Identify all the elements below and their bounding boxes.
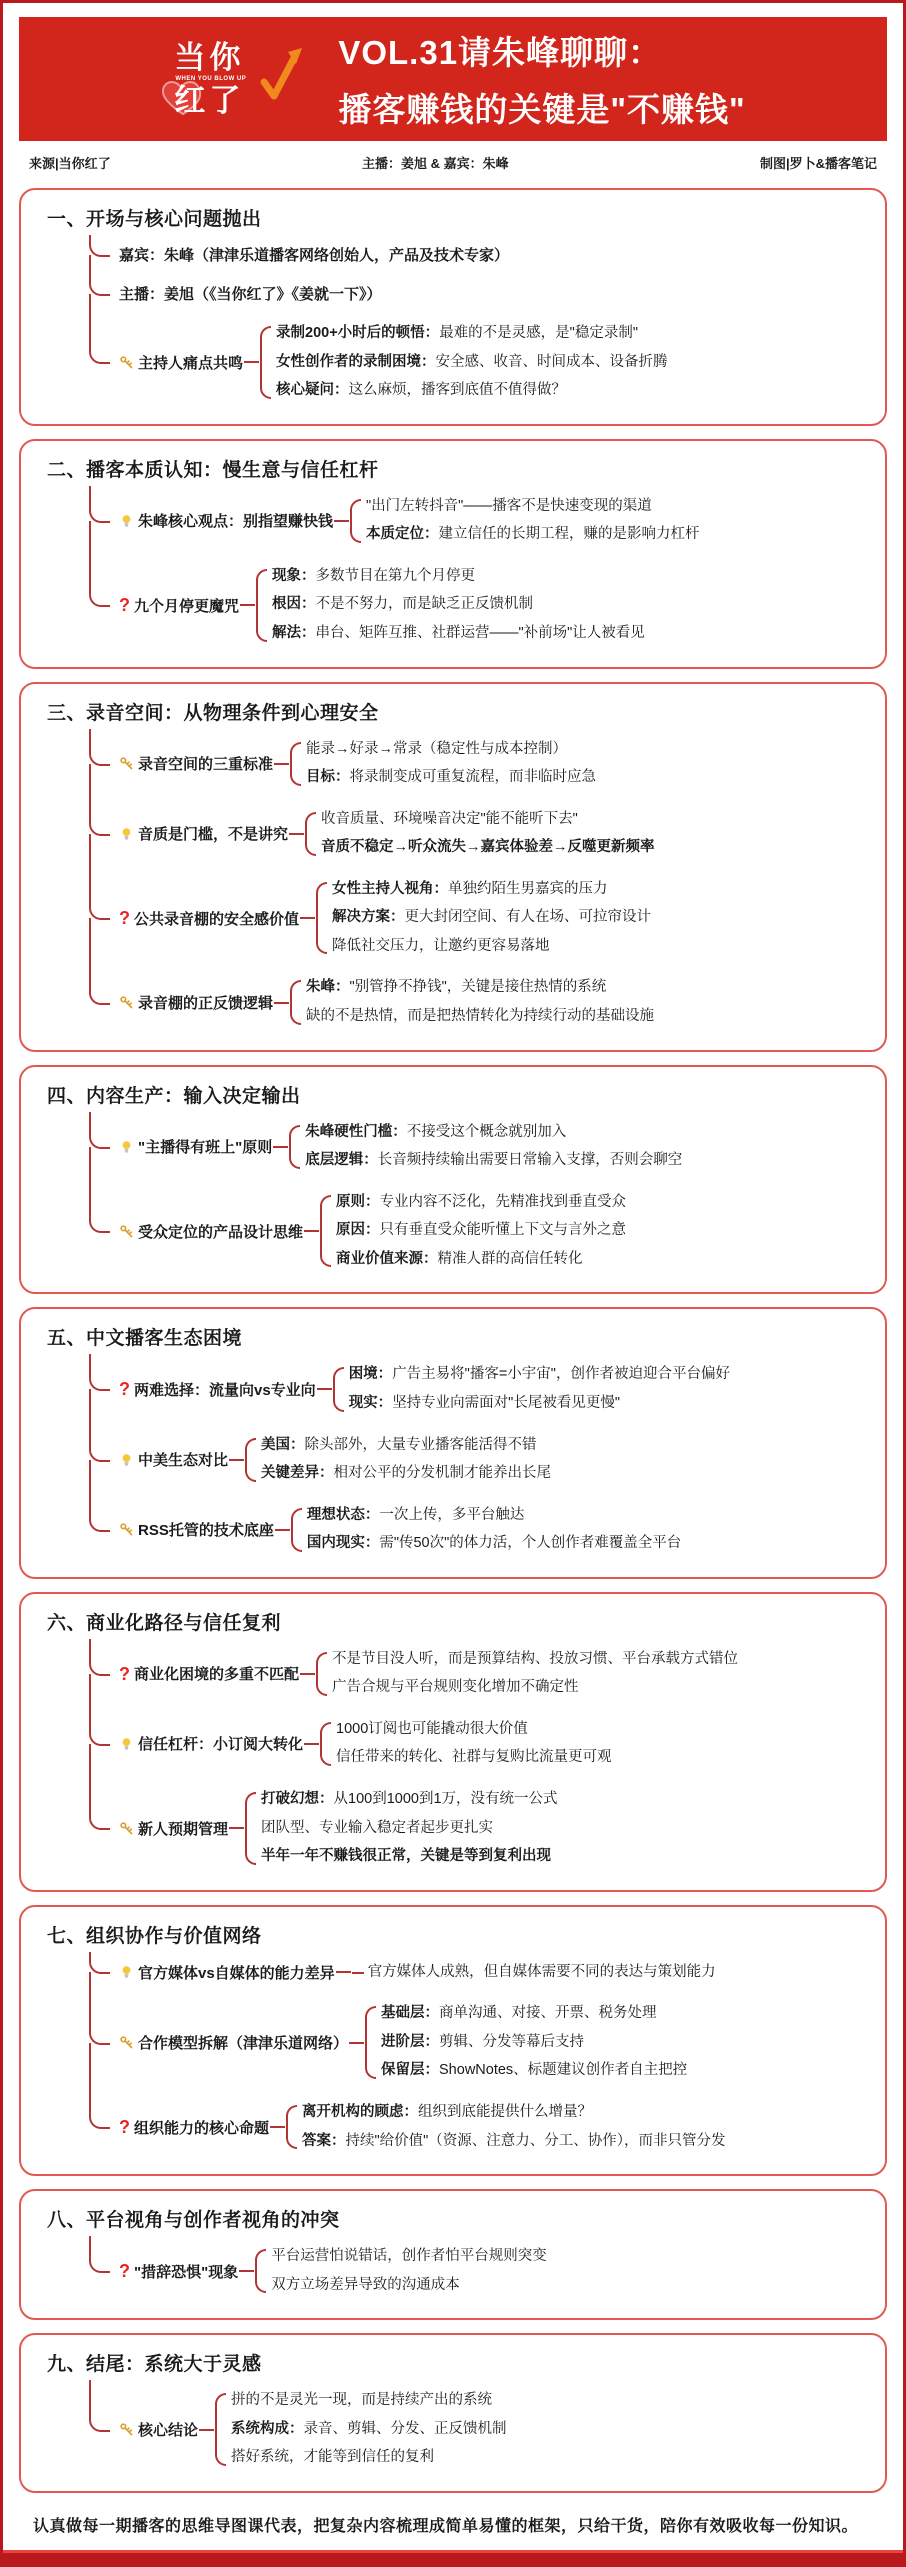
bulb-icon [119, 513, 134, 529]
leaf-group: 拼的不是灵光一现，而是持续产出的系统系统构成：录音、剪辑、分发、正反馈机制搭好系… [215, 2389, 507, 2470]
branch-connector [270, 2126, 285, 2128]
branch-label: 核心结论 [119, 2419, 198, 2440]
section-card: 六、商业化路径与信任复利?商业化困境的多重不匹配不是节目没人听，而是预算结构、投… [19, 1592, 887, 1892]
key-icon [119, 995, 134, 1010]
branch-label-text: "措辞恐惧"现象 [134, 2261, 238, 2282]
logo-text-bottom: 红了 [174, 85, 310, 116]
leaf-item: 团队型、专业输入稳定者起步更扎实 [261, 1819, 558, 1839]
branch-label: 官方媒体vs自媒体的能力差异 [119, 1962, 335, 1983]
leaf-item: 平台运营怕说错话，创作者怕平台规则突变 [271, 2247, 547, 2267]
leaf-lead: 系统构成： [231, 2421, 304, 2437]
poster-frame: 当你 WHEN YOU BLOW UP 红了 VOL.31请朱峰聊聊： 播客赚钱… [0, 0, 906, 2567]
leaf-item: 底层逻辑：长音频持续输出需要日常输入支撑，否则会聊空 [305, 1151, 682, 1171]
branch-label: 主持人痛点共鸣 [119, 352, 243, 373]
section-card: 一、开场与核心问题抛出嘉宾：朱峰（津津乐道播客网络创始人，产品及技术专家）主播：… [19, 188, 887, 426]
branch-connector [244, 361, 259, 363]
branch-label-text: 录音棚的正反馈逻辑 [138, 992, 273, 1013]
bottom-accent-bar [3, 2550, 903, 2564]
leaf-group: 录制200+小时后的顿悟：最难的不是灵感，是"稳定录制"女性创作者的录制困境：安… [260, 322, 668, 403]
branch-list: 录音空间的三重标准能录→好录→常录（稳定性与成本控制）目标：将录制变成可重复流程… [89, 729, 867, 1038]
branch-connector [239, 2270, 254, 2272]
section-title: 九、结尾：系统大于灵感 [47, 2349, 867, 2376]
leaf-lead: 进阶层： [381, 2034, 439, 2050]
leaf-item: 答案：持续"给价值"（资源、注意力、分工、协作），而非只管分发 [302, 2132, 726, 2152]
leaf-lead: 女性主持人视角： [332, 881, 448, 897]
branch-label-text: 主持人痛点共鸣 [138, 352, 243, 373]
branch-row: ?商业化困境的多重不匹配不是节目没人听，而是预算结构、投放习惯、平台承载方式错位… [89, 1639, 867, 1709]
leaf-lead: 本质定位： [366, 526, 439, 542]
branch-row: 主持人痛点共鸣录制200+小时后的顿悟：最难的不是灵感，是"稳定录制"女性创作者… [89, 313, 867, 412]
leaf-lead: 朱峰： [306, 979, 350, 995]
leaf-lead: 现实： [349, 1395, 393, 1411]
app-logo: 当你 WHEN YOU BLOW UP 红了 [160, 42, 310, 116]
branch-label: 录音空间的三重标准 [119, 753, 273, 774]
question-icon: ? [119, 2262, 130, 2280]
branch-label: ?公共录音棚的安全感价值 [119, 908, 299, 929]
branch-list: 朱峰核心观点：别指望赚快钱"出门左转抖音"——播客不是快速变现的渠道本质定位：建… [89, 486, 867, 655]
key-icon [119, 355, 134, 370]
branch-connector [349, 2042, 364, 2044]
leaf-item: 商业价值来源：精准人群的高信任转化 [336, 1250, 626, 1270]
branch-connector [304, 1230, 319, 1232]
branch-label-text: 信任杠杆：小订阅大转化 [138, 1733, 303, 1754]
branch-label-text: 音质是门槛，不是讲究 [138, 823, 288, 844]
leaf-group: 打破幻想：从100到1000到1万，没有统一公式团队型、专业输入稳定者起步更扎实… [245, 1788, 558, 1869]
branch-connector [275, 1529, 290, 1531]
leaf-lead: 目标： [306, 769, 350, 785]
leaf-item: 女性主持人视角：单独约陌生男嘉宾的压力 [332, 880, 651, 900]
leaf-item: 目标：将录制变成可重复流程，而非临时应急 [306, 768, 596, 788]
leaf-lead: 核心疑问： [276, 382, 349, 398]
episode-title: VOL.31请朱峰聊聊： 播客赚钱的关键是"不赚钱" [338, 27, 745, 131]
leaf-lead: 理想状态： [307, 1507, 380, 1523]
section-card: 四、内容生产：输入决定输出"主播得有班上"原则朱峰硬性门槛：不接受这个概念就别加… [19, 1065, 887, 1295]
leaf-item: 现象：多数节目在第九个月停更 [272, 567, 645, 587]
branch-connector [300, 1673, 315, 1675]
leaf-item: 原因：只有垂直受众能听懂上下文与言外之意 [336, 1221, 626, 1241]
leaf-item: 国内现实：需"传50次"的体力活，个人创作者难覆盖全平台 [307, 1534, 681, 1554]
branch-connector [240, 604, 255, 606]
leaf-group: 不是节目没人听，而是预算结构、投放习惯、平台承载方式错位广告合规与平台规则变化增… [316, 1648, 738, 1700]
branch-row: 新人预期管理打破幻想：从100到1000到1万，没有统一公式团队型、专业输入稳定… [89, 1779, 867, 1878]
leaf-lead: 解决方案： [332, 909, 405, 925]
branch-connector [274, 1002, 289, 1004]
leaf-lead: 困境： [349, 1366, 393, 1382]
leaf-lead: 根因： [272, 596, 316, 612]
leaf-lead: 女性创作者的录制困境： [276, 354, 436, 370]
leaf-lead: 解法： [272, 625, 316, 641]
section-card: 二、播客本质认知：慢生意与信任杠杆朱峰核心观点：别指望赚快钱"出门左转抖音"——… [19, 439, 887, 669]
branch-row: 主播：姜旭（《当你红了》《姜就一下》） [89, 274, 867, 313]
branch-label: 主播：姜旭（《当你红了》《姜就一下》） [119, 283, 382, 304]
leaf-group: 离开机构的顾虑：组织到底能提供什么增量？答案：持续"给价值"（资源、注意力、分工… [286, 2101, 726, 2153]
logo-subtitle: WHEN YOU BLOW UP [175, 76, 310, 82]
branch-connector [336, 1971, 351, 1973]
branch-row: ?九个月停更魔咒现象：多数节目在第九个月停更根因：不是不努力，而是缺乏正反馈机制… [89, 556, 867, 655]
section-title: 八、平台视角与创作者视角的冲突 [47, 2205, 867, 2232]
leaf-group: 原则：专业内容不泛化，先精准找到垂直受众原因：只有垂直受众能听懂上下文与言外之意… [320, 1191, 626, 1272]
leaf-lead: 原因： [336, 1222, 380, 1238]
leaf-lead: 录制200+小时后的顿悟： [276, 325, 439, 341]
branch-label-text: 两难选择：流量向vs专业向 [134, 1379, 316, 1400]
leaf-item: 双方立场差异导致的沟通成本 [271, 2276, 547, 2296]
bulb-icon [119, 826, 134, 842]
branch-label-text: 主播：姜旭（《当你红了》《姜就一下》） [119, 283, 382, 304]
leaf-item: 打破幻想：从100到1000到1万，没有统一公式 [261, 1790, 558, 1810]
branch-row: 音质是门槛，不是讲究收音质量、环境噪音决定"能不能听下去"音质不稳定→听众流失→… [89, 799, 867, 869]
leaf-group: 平台运营怕说错话，创作者怕平台规则突变双方立场差异导致的沟通成本 [255, 2245, 547, 2297]
leaf-group: 能录→好录→常录（稳定性与成本控制）目标：将录制变成可重复流程，而非临时应急 [290, 738, 596, 790]
branch-label: 受众定位的产品设计思维 [119, 1221, 303, 1242]
leaf-item: 解法：串台、矩阵互推、社群运营——"补前场"让人被看见 [272, 624, 645, 644]
branch-row: 录音空间的三重标准能录→好录→常录（稳定性与成本控制）目标：将录制变成可重复流程… [89, 729, 867, 799]
key-icon [119, 756, 134, 771]
leaf-group: 困境：广告主易将"播客=小宇宙"，创作者被迫迎合平台偏好现实：坚持专业向需面对"… [333, 1363, 730, 1415]
branch-label: ?两难选择：流量向vs专业向 [119, 1379, 316, 1400]
section-card: 三、录音空间：从物理条件到心理安全录音空间的三重标准能录→好录→常录（稳定性与成… [19, 682, 887, 1052]
branch-label: ?九个月停更魔咒 [119, 595, 239, 616]
episode-title-line2: 播客赚钱的关键是"不赚钱" [338, 84, 745, 131]
footer-note: 认真做每一期播客的思维导图课代表，把复杂内容梳理成简单易懂的框架，只给干货，陪你… [19, 2493, 887, 2550]
leaf-group: 朱峰："别管挣不挣钱"，关键是接住热情的系统缺的不是热情，而是把热情转化为持续行… [290, 976, 654, 1028]
branch-connector [229, 1459, 244, 1461]
leaf-lead: 基础层： [381, 2005, 439, 2021]
leaf-item: 官方媒体人成熟，但自媒体需要不同的表达与策划能力 [368, 1963, 716, 1983]
bulb-icon [119, 1964, 134, 1980]
branch-list: 核心结论拼的不是灵光一现，而是持续产出的系统系统构成：录音、剪辑、分发、正反馈机… [89, 2380, 867, 2479]
branch-connector [289, 833, 304, 835]
branch-row: ?两难选择：流量向vs专业向困境：广告主易将"播客=小宇宙"，创作者被迫迎合平台… [89, 1354, 867, 1424]
branch-list: ?商业化困境的多重不匹配不是节目没人听，而是预算结构、投放习惯、平台承载方式错位… [89, 1639, 867, 1878]
leaf-item: 关键差异：相对公平的分发机制才能养出长尾 [261, 1464, 551, 1484]
leaf-group: 女性主持人视角：单独约陌生男嘉宾的压力解决方案：更大封闭空间、有人在场、可拉帘设… [316, 878, 651, 959]
leaf-lead: 原则： [336, 1194, 380, 1210]
meta-row: 来源|当你红了 主播：姜旭 & 嘉宾：朱峰 制图|罗卜&播客笔记 [19, 141, 887, 176]
bulb-icon [119, 1736, 134, 1752]
bulb-icon [119, 1452, 134, 1468]
branch-row: RSS托管的技术底座理想状态：一次上传，多平台触达国内现实：需"传50次"的体力… [89, 1495, 867, 1565]
leaf-group: 朱峰硬性门槛：不接受这个概念就别加入底层逻辑：长音频持续输出需要日常输入支撑，否… [289, 1121, 682, 1173]
branch-row: 合作模型拆解（津津乐道网络）基础层：商单沟通、对接、开票、税务处理进阶层：剪辑、… [89, 1993, 867, 2092]
leaf-item: 系统构成：录音、剪辑、分发、正反馈机制 [231, 2420, 507, 2440]
section-card: 九、结尾：系统大于灵感核心结论拼的不是灵光一现，而是持续产出的系统系统构成：录音… [19, 2333, 887, 2493]
branch-label-text: 核心结论 [138, 2419, 198, 2440]
branch-label-text: 九个月停更魔咒 [134, 595, 239, 616]
branch-list: 官方媒体vs自媒体的能力差异官方媒体人成熟，但自媒体需要不同的表达与策划能力合作… [89, 1952, 867, 2162]
leaf-item: 搭好系统，才能等到信任的复利 [231, 2448, 507, 2468]
leaf-item: 理想状态：一次上传，多平台触达 [307, 1506, 681, 1526]
leaf-item: 进阶层：剪辑、分发等幕后支持 [381, 2033, 687, 2053]
section-card: 五、中文播客生态困境?两难选择：流量向vs专业向困境：广告主易将"播客=小宇宙"… [19, 1307, 887, 1578]
leaf-item: 解决方案：更大封闭空间、有人在场、可拉帘设计 [332, 908, 651, 928]
section-card: 八、平台视角与创作者视角的冲突?"措辞恐惧"现象平台运营怕说错话，创作者怕平台规… [19, 2189, 887, 2320]
leaf-lead: 底层逻辑： [305, 1152, 378, 1168]
logo-text-top: 当你 [174, 42, 310, 73]
leaf-item: 1000订阅也可能撬动很大价值 [336, 1720, 612, 1740]
leaf-item: 朱峰："别管挣不挣钱"，关键是接住热情的系统 [306, 978, 654, 998]
leaf-item: 困境：广告主易将"播客=小宇宙"，创作者被迫迎合平台偏好 [349, 1365, 730, 1385]
leaf-lead: 离开机构的顾虑： [302, 2104, 418, 2120]
branch-label: 朱峰核心观点：别指望赚快钱 [119, 510, 333, 531]
credit-label: 制图|罗卜&播客笔记 [760, 153, 877, 172]
branch-row: 朱峰核心观点：别指望赚快钱"出门左转抖音"——播客不是快速变现的渠道本质定位：建… [89, 486, 867, 556]
leaf-lead: 商业价值来源： [336, 1251, 438, 1267]
leaf-group: "出门左转抖音"——播客不是快速变现的渠道本质定位：建立信任的长期工程，赚的是影… [350, 495, 700, 547]
leaf-item: 根因：不是不努力，而是缺乏正反馈机制 [272, 595, 645, 615]
key-icon [119, 2422, 134, 2437]
leaf-item: 现实：坚持专业向需面对"长尾被看见更慢" [349, 1394, 730, 1414]
leaf-item: 基础层：商单沟通、对接、开票、税务处理 [381, 2004, 687, 2024]
section-title: 五、中文播客生态困境 [47, 1323, 867, 1350]
branch-label: 合作模型拆解（津津乐道网络） [119, 2032, 348, 2053]
leaf-lead: 朱峰硬性门槛： [305, 1124, 407, 1140]
branch-row: 录音棚的正反馈逻辑朱峰："别管挣不挣钱"，关键是接住热情的系统缺的不是热情，而是… [89, 967, 867, 1037]
branch-label: "主播得有班上"原则 [119, 1136, 272, 1157]
branch-label-text: 受众定位的产品设计思维 [138, 1221, 303, 1242]
section-card: 七、组织协作与价值网络官方媒体vs自媒体的能力差异官方媒体人成熟，但自媒体需要不… [19, 1905, 887, 2176]
leaf-item: 能录→好录→常录（稳定性与成本控制） [306, 740, 596, 760]
episode-title-line1: VOL.31请朱峰聊聊： [338, 27, 745, 74]
question-icon: ? [119, 596, 130, 614]
branch-row: ?公共录音棚的安全感价值女性主持人视角：单独约陌生男嘉宾的压力解决方案：更大封闭… [89, 869, 867, 968]
branch-list: ?两难选择：流量向vs专业向困境：广告主易将"播客=小宇宙"，创作者被迫迎合平台… [89, 1354, 867, 1564]
branch-connector [304, 1743, 319, 1745]
branch-list: 嘉宾：朱峰（津津乐道播客网络创始人，产品及技术专家）主播：姜旭（《当你红了》《姜… [89, 235, 867, 412]
header-banner: 当你 WHEN YOU BLOW UP 红了 VOL.31请朱峰聊聊： 播客赚钱… [19, 17, 887, 141]
branch-label: 信任杠杆：小订阅大转化 [119, 1733, 303, 1754]
branch-connector [300, 917, 315, 919]
branch-label-text: 中美生态对比 [138, 1449, 228, 1470]
leaf-group: 美国：除头部外，大量专业播客能活得不错关键差异：相对公平的分发机制才能养出长尾 [245, 1434, 551, 1486]
question-icon: ? [119, 2118, 130, 2136]
branch-label-text: 嘉宾：朱峰（津津乐道播客网络创始人，产品及技术专家） [119, 244, 509, 265]
branch-connector [334, 520, 349, 522]
branch-label-text: 合作模型拆解（津津乐道网络） [138, 2032, 348, 2053]
branch-label: 录音棚的正反馈逻辑 [119, 992, 273, 1013]
leaf-item: 女性创作者的录制困境：安全感、收音、时间成本、设备折腾 [276, 353, 668, 373]
branch-label-text: 商业化困境的多重不匹配 [134, 1663, 299, 1684]
key-icon [119, 1821, 134, 1836]
branch-row: 嘉宾：朱峰（津津乐道播客网络创始人，产品及技术专家） [89, 235, 867, 274]
branch-row: ?"措辞恐惧"现象平台运营怕说错话，创作者怕平台规则突变双方立场差异导致的沟通成… [89, 2236, 867, 2306]
bulb-icon [119, 1139, 134, 1155]
leaf-lead: 现象： [272, 568, 316, 584]
leaf-group: 收音质量、环境噪音决定"能不能听下去"音质不稳定→听众流失→嘉宾体验差→反噬更新… [305, 808, 655, 860]
branch-label-text: "主播得有班上"原则 [138, 1136, 272, 1157]
leaf-lead: 国内现实： [307, 1535, 380, 1551]
branch-label-text: 朱峰核心观点：别指望赚快钱 [138, 510, 333, 531]
leaf-item: 音质不稳定→听众流失→嘉宾体验差→反噬更新频率 [321, 838, 655, 858]
branch-list: ?"措辞恐惧"现象平台运营怕说错话，创作者怕平台规则突变双方立场差异导致的沟通成… [89, 2236, 867, 2306]
leaf-lead: 关键差异： [261, 1465, 334, 1481]
leaf-item: 录制200+小时后的顿悟：最难的不是灵感，是"稳定录制" [276, 324, 668, 344]
branch-label: 新人预期管理 [119, 1818, 228, 1839]
branch-row: 受众定位的产品设计思维原则：专业内容不泛化，先精准找到垂直受众原因：只有垂直受众… [89, 1182, 867, 1281]
branch-connector [317, 1388, 332, 1390]
leaf-lead: 保留层： [381, 2062, 439, 2078]
leaf-item: 朱峰硬性门槛：不接受这个概念就别加入 [305, 1123, 682, 1143]
branch-row: 官方媒体vs自媒体的能力差异官方媒体人成熟，但自媒体需要不同的表达与策划能力 [89, 1952, 867, 1994]
leaf-item: 信任带来的转化、社群与复购比流量更可观 [336, 1748, 612, 1768]
branch-connector [199, 2429, 214, 2431]
leaf-group: 现象：多数节目在第九个月停更根因：不是不努力，而是缺乏正反馈机制解法：串台、矩阵… [256, 565, 645, 646]
section-title: 二、播客本质认知：慢生意与信任杠杆 [47, 455, 867, 482]
branch-label-text: 组织能力的核心命题 [134, 2117, 269, 2138]
leaf-lead: 答案： [302, 2133, 346, 2149]
leaf-item: 核心疑问：这么麻烦，播客到底值不值得做？ [276, 381, 668, 401]
leaf-group: 官方媒体人成熟，但自媒体需要不同的表达与策划能力 [352, 1961, 716, 1985]
leaf-lead: 打破幻想： [261, 1791, 334, 1807]
leaf-item: 不是节目没人听，而是预算结构、投放习惯、平台承载方式错位 [332, 1650, 738, 1670]
key-icon [119, 2035, 134, 2050]
branch-label: 嘉宾：朱峰（津津乐道播客网络创始人，产品及技术专家） [119, 244, 509, 265]
leaf-item: 本质定位：建立信任的长期工程，赚的是影响力杠杆 [366, 525, 700, 545]
branch-label-text: RSS托管的技术底座 [138, 1519, 274, 1540]
leaf-item: "出门左转抖音"——播客不是快速变现的渠道 [366, 497, 700, 517]
leaf-item: 离开机构的顾虑：组织到底能提供什么增量？ [302, 2103, 726, 2123]
branch-label: ?商业化困境的多重不匹配 [119, 1663, 299, 1684]
section-title: 一、开场与核心问题抛出 [47, 204, 867, 231]
section-title: 七、组织协作与价值网络 [47, 1921, 867, 1948]
hosts-label: 主播：姜旭 & 嘉宾：朱峰 [362, 153, 509, 172]
branch-list: "主播得有班上"原则朱峰硬性门槛：不接受这个概念就别加入底层逻辑：长音频持续输出… [89, 1112, 867, 1281]
branch-row: 中美生态对比美国：除头部外，大量专业播客能活得不错关键差异：相对公平的分发机制才… [89, 1425, 867, 1495]
leaf-item: 半年一年不赚钱很正常，关键是等到复利出现 [261, 1847, 558, 1867]
question-icon: ? [119, 909, 130, 927]
branch-label: 音质是门槛，不是讲究 [119, 823, 288, 844]
branch-label-text: 录音空间的三重标准 [138, 753, 273, 774]
branch-row: 核心结论拼的不是灵光一现，而是持续产出的系统系统构成：录音、剪辑、分发、正反馈机… [89, 2380, 867, 2479]
leaf-item: 原则：专业内容不泛化，先精准找到垂直受众 [336, 1193, 626, 1213]
section-title: 六、商业化路径与信任复利 [47, 1608, 867, 1635]
leaf-group: 1000订阅也可能撬动很大价值信任带来的转化、社群与复购比流量更可观 [320, 1718, 612, 1770]
branch-row: "主播得有班上"原则朱峰硬性门槛：不接受这个概念就别加入底层逻辑：长音频持续输出… [89, 1112, 867, 1182]
branch-connector [273, 1146, 288, 1148]
branch-label: RSS托管的技术底座 [119, 1519, 274, 1540]
branch-connector [229, 1827, 244, 1829]
branch-label: ?"措辞恐惧"现象 [119, 2261, 238, 2282]
question-icon: ? [119, 1380, 130, 1398]
leaf-item: 保留层：ShowNotes、标题建议创作者自主把控 [381, 2061, 687, 2081]
branch-row: 信任杠杆：小订阅大转化1000订阅也可能撬动很大价值信任带来的转化、社群与复购比… [89, 1709, 867, 1779]
branch-label-text: 新人预期管理 [138, 1818, 228, 1839]
branch-connector [274, 763, 289, 765]
section-title: 四、内容生产：输入决定输出 [47, 1081, 867, 1108]
section-title: 三、录音空间：从物理条件到心理安全 [47, 698, 867, 725]
leaf-item: 降低社交压力，让邀约更容易落地 [332, 937, 651, 957]
source-label: 来源|当你红了 [29, 153, 111, 172]
leaf-item: 拼的不是灵光一现，而是持续产出的系统 [231, 2391, 507, 2411]
section-list: 一、开场与核心问题抛出嘉宾：朱峰（津津乐道播客网络创始人，产品及技术专家）主播：… [19, 188, 887, 2493]
leaf-item: 广告合规与平台规则变化增加不确定性 [332, 1678, 738, 1698]
branch-label: ?组织能力的核心命题 [119, 2117, 269, 2138]
branch-row: ?组织能力的核心命题离开机构的顾虑：组织到底能提供什么增量？答案：持续"给价值"… [89, 2092, 867, 2162]
key-icon [119, 1522, 134, 1537]
branch-label: 中美生态对比 [119, 1449, 228, 1470]
branch-label-text: 官方媒体vs自媒体的能力差异 [138, 1962, 335, 1983]
leaf-item: 美国：除头部外，大量专业播客能活得不错 [261, 1436, 551, 1456]
question-icon: ? [119, 1665, 130, 1683]
key-icon [119, 1224, 134, 1239]
leaf-group: 基础层：商单沟通、对接、开票、税务处理进阶层：剪辑、分发等幕后支持保留层：Sho… [365, 2002, 687, 2083]
leaf-item: 缺的不是热情，而是把热情转化为持续行动的基础设施 [306, 1007, 654, 1027]
leaf-lead: 美国： [261, 1437, 305, 1453]
branch-label-text: 公共录音棚的安全感价值 [134, 908, 299, 929]
leaf-group: 理想状态：一次上传，多平台触达国内现实：需"传50次"的体力活，个人创作者难覆盖… [291, 1504, 681, 1556]
leaf-item: 收音质量、环境噪音决定"能不能听下去" [321, 810, 655, 830]
